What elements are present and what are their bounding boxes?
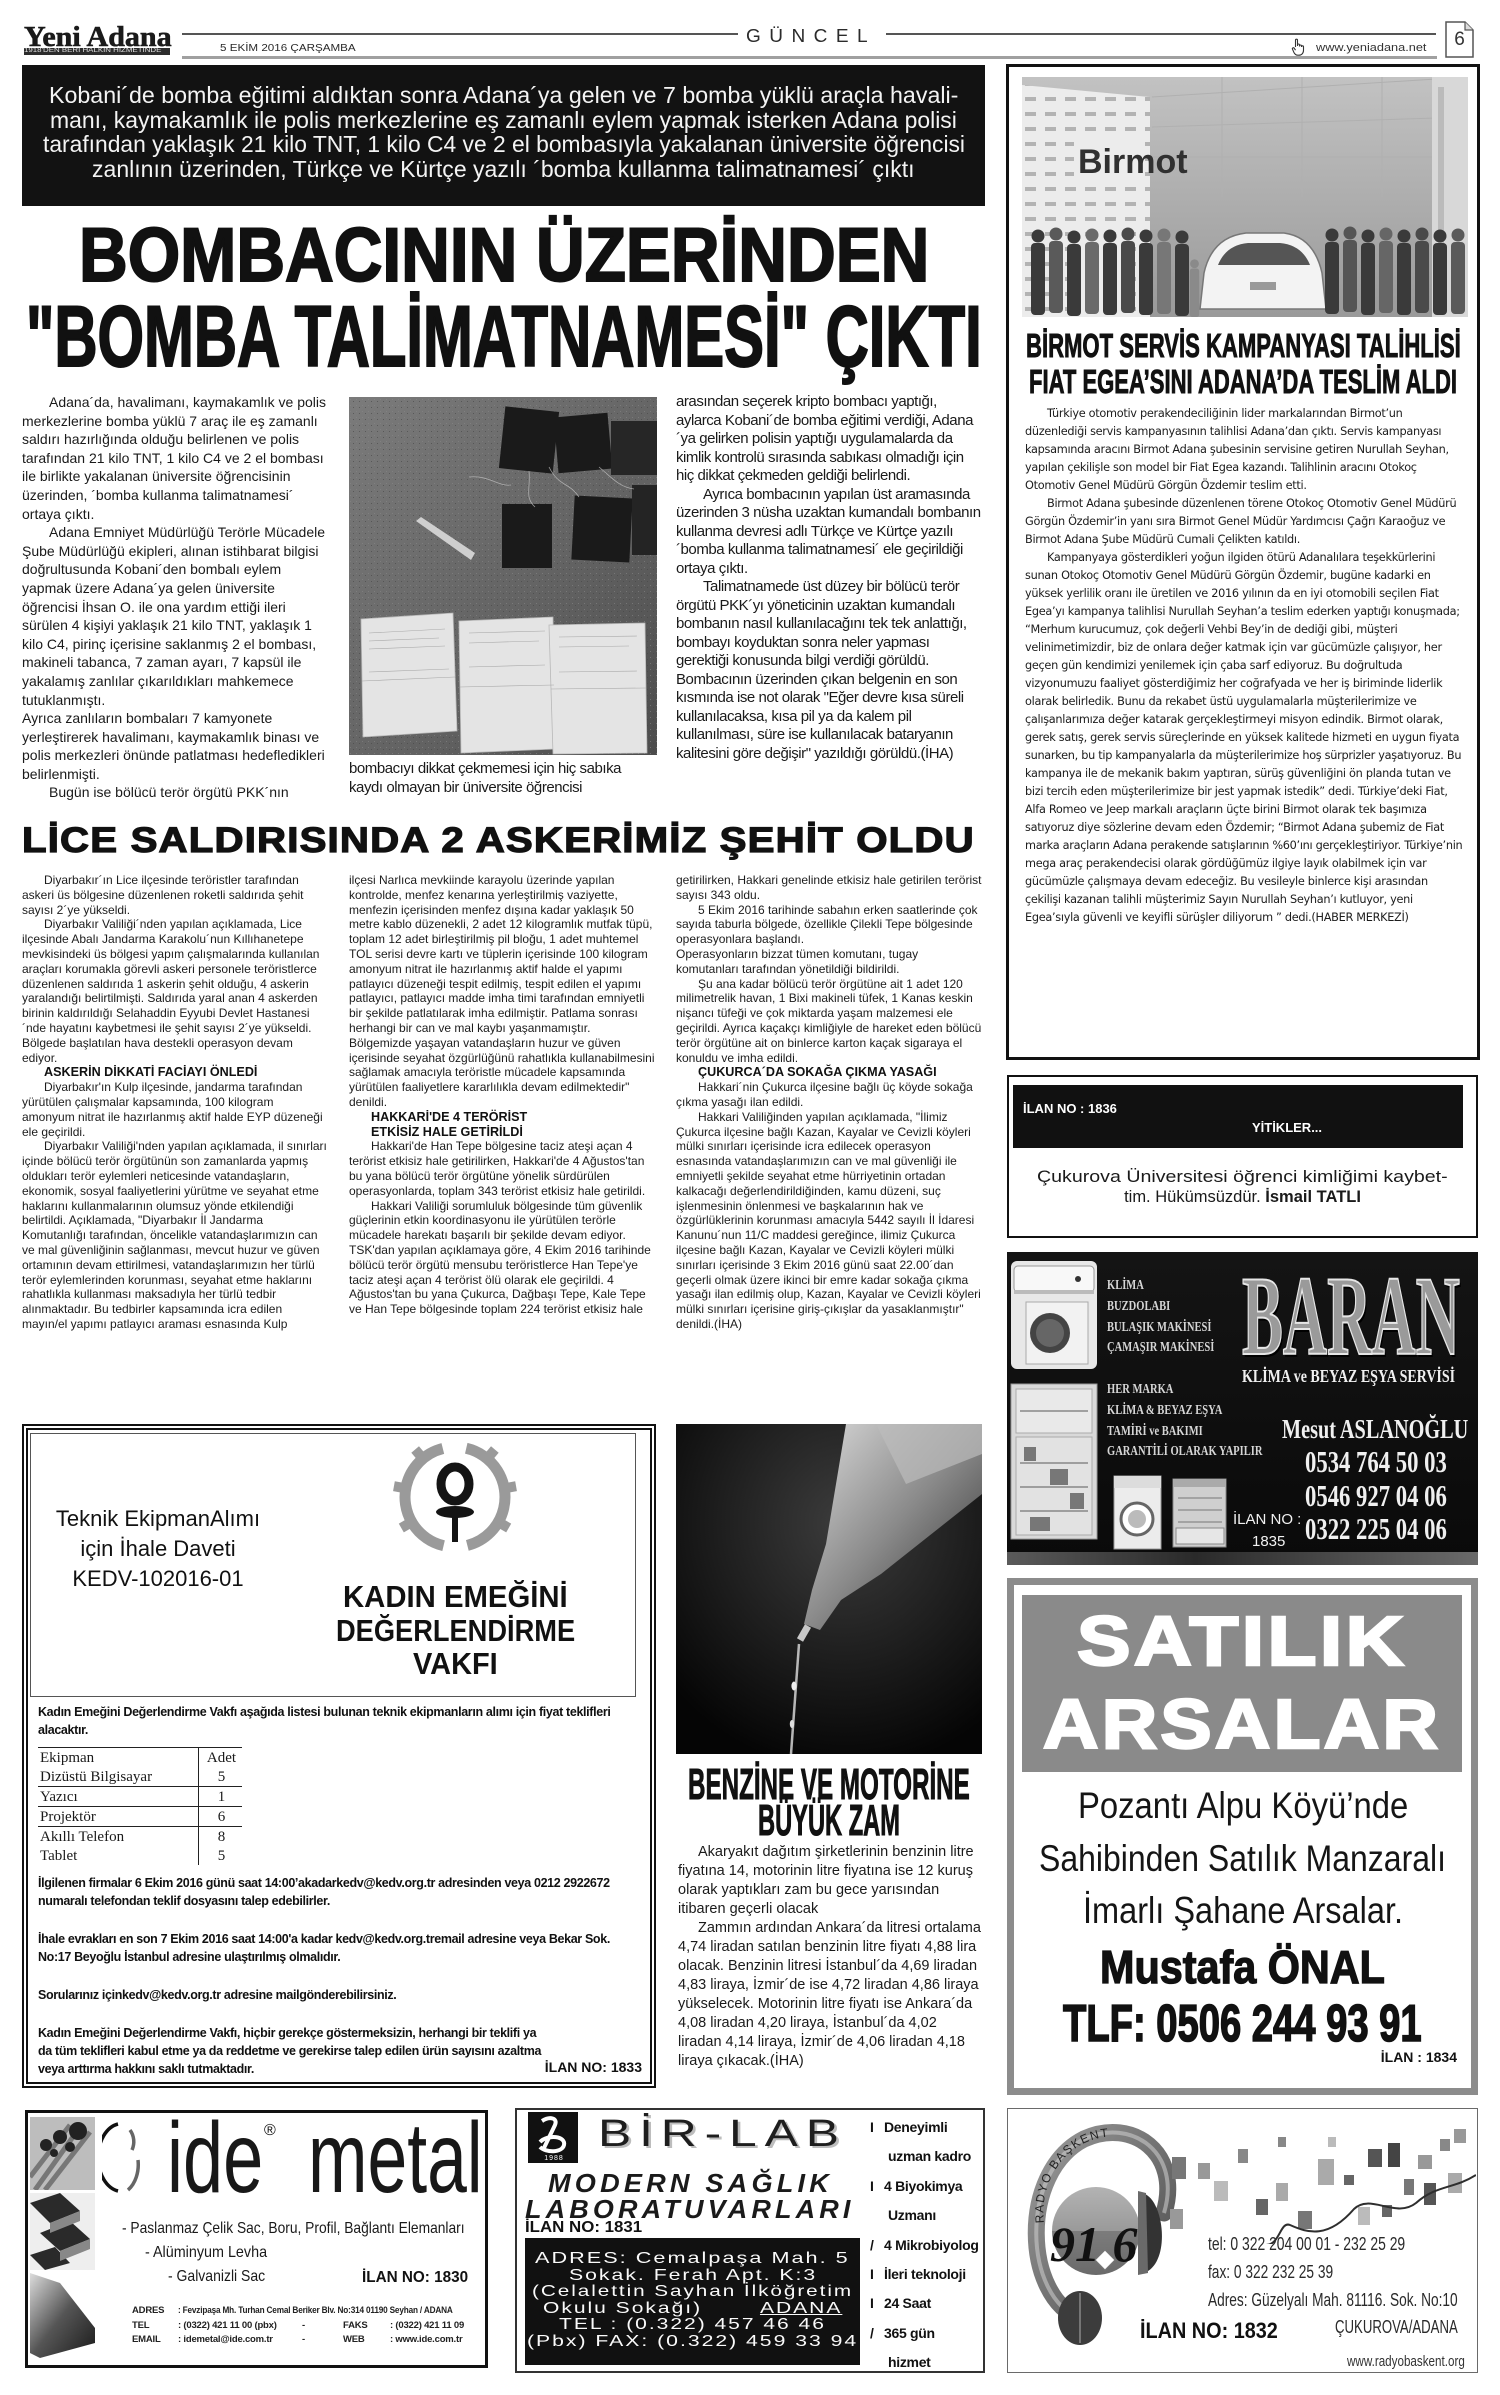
ad-number: İLAN NO: 1831 [525,2220,636,2236]
feature-bullet: I [870,2260,884,2289]
article-paragraph: Akaryakıt dağıtım şirketlerinin benzinin… [678,1843,982,1919]
radio-city: ÇUKUROVA/ADANA [1335,2318,1500,2336]
registered-trademark-icon: ® [264,2123,276,2139]
contact-label: ADRES [132,2306,164,2316]
dishwasher-image [1172,1478,1227,1548]
product-item: - Paslanmaz Çelik Sac, Boru, Profil, Bağ… [122,2221,520,2237]
radio-website: www.radyobaskent.org [1347,2354,1499,2369]
kedv-organization-name: KADIN EMEĞİNİ DEĞERLENDİRME VAKFI [321,1580,589,1681]
table-row: Tablet 5 [38,1846,242,1865]
service-item: ÇAMAŞIR MAKİNESİ [1107,1337,1214,1358]
address-box: ADRES: Cemalpaşa Mah. 5 Sokak. Ferah Apt… [525,2238,860,2365]
kedv-header-box: Teknik EkipmanAlımı için İhale Daveti KE… [30,1433,636,1697]
story-deck-box: Kobani´de bomba eğitimi aldıktan sonra A… [22,65,985,206]
birlab-laboratory-ad: 1988 BİR-LAB MODERN SAĞLIK LABORATUVARLA… [515,2108,985,2373]
for-sale-title-line-1: SATILIK [1022,1606,1462,1676]
birmot-headline-line-2: FIAT EGEA’SINI ADANA’DA TESLİM ALDI [1009,365,1477,398]
contact-fax: : (0322) 421 11 09 [390,2321,464,2331]
feature-bullet: I [870,2113,884,2142]
notice-text-line-2: tim. Hükümsüzdür. İsmail TATLI [1009,1187,1476,1207]
page-number-badge: 6 [1445,21,1474,58]
ad-number: 1835 [1252,1534,1285,1549]
listing-text: Pozantı Alpu Köyü’nde [1078,1787,1408,1824]
article-paragraph: Adana´da, havalimanı, kaymakamlık ve pol… [22,393,328,523]
article-paragraph: Ayrıca bombacının yapılan üst aramasında… [676,486,982,579]
contact-address: : Fevzipaşa Mh. Turhan Cemal Beriker Blv… [178,2306,453,2316]
feature-item: Iİleri teknoloji [870,2260,979,2289]
tender-reference: KEDV-102016-01 [31,1564,285,1594]
tender-paragraph: İlgilenen firmalar 6 Ekim 2016 günü saat… [38,1874,646,1910]
equipment-name: Akıllı Telefon [38,1827,199,1847]
station-frequency: 91.6 [1050,2216,1138,2272]
feature-text: 4 Biyokimya [884,2178,962,2194]
tender-paragraph: Sorularınız içinkedv@kedv.org.tr adresin… [38,1986,646,2004]
article-paragraph: Kampanyaya gösterdikleri yoğun ilgiden ö… [1025,549,1463,927]
radio-address: Adres: Güzelyalı Mah. 81116. Sok. No:10 [1208,2291,1500,2309]
lice-story: LİCE SALDIRISINDA 2 ASKERİMİZ ŞEHİT OLDU… [0,820,1000,1420]
fax-line: (Pbx) FAX: (0.322) 459 33 94 [527,2334,858,2351]
article-paragraph: Adana Emniyet Müdürlüğü Terörle Mücadele… [22,523,328,709]
article-paragraph: Diyarbakır'ın Kulp ilçesinde, jandarma t… [22,1080,328,1139]
services-list-2: HER MARKA KLİMA & BEYAZ EŞYA TAMİRİ ve B… [1107,1379,1262,1462]
tender-paragraph: İhale evrakları en son 7 Ekim 2016 saat … [38,1930,646,1966]
washing-machine-image [1113,1475,1162,1550]
tender-intro: Kadın Emeğini Değerlendirme Vakfı aşağıd… [38,1703,646,1739]
address-line: Sokak. Ferah Apt. K:3 [569,2268,817,2285]
header-rule-right [886,33,1436,35]
article-paragraph: ilçesi Narlıca mevkiinde karayolu üzerin… [349,873,655,1110]
website-text: www.yeniadana.net [1316,43,1426,54]
service-item: HER MARKA [1107,1379,1262,1400]
radio-headphones-logo-icon: RADYO BAŞKENT 91.6 [1014,2113,1179,2348]
for-sale-header: SATILIK ARSALAR [1022,1595,1462,1772]
main-story-column-1: Adana´da, havalimanı, kaymakamlık ve pol… [22,393,328,802]
fuel-nozzle-photo [676,1424,982,1754]
org-name-line: DEĞERLENDİRME [336,1614,575,1648]
explosives-photo [349,397,657,755]
steel-pipes-image [30,2117,95,2190]
air-conditioner-image [1010,1260,1098,1370]
birmot-banner-text: Birmot [1078,143,1188,181]
address-line: (Celalettin Sayhan İlköğretim [532,2284,853,2301]
birmot-ceremony-photo: Birmot [1022,77,1468,317]
headline-text: BİRMOT SERVİS KAMPANYASI TALİHLİSİ [1026,329,1461,362]
lice-column-3: getirilirken, Hakkari genelinde etkisiz … [676,873,982,1332]
lice-column-1: Diyarbakır´ın Lice ilçesinde teröristler… [22,873,328,1332]
feature-bullet: / [870,2319,884,2348]
kedv-logo-icon [390,1442,520,1562]
issue-date: 5 EKİM 2016 ÇARŞAMBA [220,44,337,54]
contact-separator: - [302,2335,305,2345]
listing-text: İmarlı Şahane Arsalar. [1083,1892,1403,1929]
org-name-line: KADIN EMEĞİNİ [343,1580,568,1614]
feature-item: I4 Biyokimya [870,2172,979,2201]
feature-bullet: I [870,2289,884,2318]
table-row: Akıllı Telefon 8 [38,1827,242,1847]
masthead: Yeni Adana 1918'DEN BERİ HALKIN HİZMETİN… [0,0,1500,62]
headline-text: BÜYÜK ZAM [758,1799,900,1843]
services-list-1: KLİMA BUZDOLABI BULAŞIK MAKİNESİ ÇAMAŞIR… [1107,1275,1214,1358]
feature-text: uzman kadro [870,2142,979,2171]
notice-header-bar: İLAN NO : 1836 YİTİKLER... [1013,1085,1463,1148]
kedv-tender-ad: Teknik EkipmanAlımı için İhale Daveti KE… [22,1424,656,2088]
story-deck: Kobani´de bomba eğitimi aldıktan sonra A… [22,83,985,181]
square-tubes-image [30,2193,95,2270]
ad-number-text: İLAN NO: 1832 [1140,2320,1278,2342]
logo-tagline: 1918'DEN BERİ HALKIN HİZMETİNDE [24,48,161,55]
feature-item: /365 gün [870,2319,979,2348]
article-paragraph: Talimatnamede üst düzey bir bölücü terör… [676,578,982,763]
article-paragraph: Diyarbakır´ın Lice ilçesinde teröristler… [22,873,328,917]
land-for-sale-ad: SATILIK ARSALAR Pozantı Alpu Köyü’nde Sa… [1007,1578,1478,2095]
equipment-name: Projektör [38,1807,199,1827]
address-line: ADRES: Cemalpaşa Mah. 5 [535,2251,850,2268]
listing-line: İmarlı Şahane Arsalar. [1014,1892,1471,1929]
main-headline-line-1: BOMBACININ ÜZERİNDEN [22,218,985,294]
article-paragraph: getirilirken, Hakkari genelinde etkisiz … [676,873,982,903]
article-paragraph: Ayrıca zanlıların bombaları 7 kamyonete … [22,709,328,783]
city-text: ÇUKUROVA/ADANA [1335,2318,1458,2336]
product-item-text: - Galvanizli Sac [168,2269,265,2285]
notice-text-line: Çukurova Üniversitesi öğrenci kimliğimi … [1037,1167,1448,1187]
product-item: - Galvanizli Sac [168,2269,279,2285]
equipment-name: Yazıcı [38,1787,199,1807]
article-paragraph: 5 Ekim 2016 tarihinde sabahın erken saat… [676,903,982,947]
service-item: KLİMA [1107,1275,1214,1296]
article-paragraph: Zammın ardından Ankara´da litresi ortala… [678,1919,982,2071]
ad-number: İLAN NO: 1832 [1140,2320,1293,2342]
article-paragraph: Hakkari Valiliği sorumluluk bölgesinde t… [349,1199,655,1317]
ide-logo-mark-icon [102,2120,145,2195]
fuel-article-body: Akaryakıt dağıtım şirketlerinin benzinin… [678,1843,982,2071]
tagline-text: KLİMA ve BEYAZ EŞYA SERVİSİ [1242,1367,1455,1385]
brand-name: BARAN [1242,1260,1460,1373]
contact-separator: - [302,2321,305,2331]
seller-name: Mustafa ÖNAL [1014,1944,1471,1990]
feature-bullet: I [870,2172,884,2201]
equipment-name: Tablet [38,1846,199,1865]
article-paragraph: arasından seçerek kripto bombacı yaptığı… [676,393,982,486]
table-row: Dizüstü Bilgisayar 5 [38,1767,242,1787]
header-bottom-rule [182,56,1437,59]
section-title: GÜNCEL [746,27,869,45]
article-paragraph: Hakkari'de Han Tepe bölgesine taciz ateş… [349,1139,655,1198]
article-subheading: ÇUKURCA´DA SOKAĞA ÇIKMA YASAĞI [676,1065,982,1080]
phone-text: tel: 0 322 204 00 01 - 232 25 29 [1208,2235,1405,2253]
refrigerator-image [1010,1383,1098,1540]
ad-bottom-strip [1007,1552,1478,1565]
baran-tagline: KLİMA ve BEYAZ EŞYA SERVİSİ [1242,1367,1500,1385]
feature-item: I24 Saat [870,2289,979,2318]
service-item: BULAŞIK MAKİNESİ [1107,1317,1214,1338]
header-rule-left [182,33,738,35]
birlab-subtitle-line-1: MODERN SAĞLIK [548,2170,821,2196]
feature-text: Uzmanı [870,2201,979,2230]
tender-title-line: Teknik EkipmanAlımı [31,1504,285,1534]
equipment-quantity: 5 [199,1846,243,1865]
equipment-quantity: 5 [199,1767,243,1787]
main-story-column-3: arasından seçerek kripto bombacı yaptığı… [676,393,982,763]
owner-name-text: Mesut ASLANOĞLU [1282,1416,1468,1443]
headline-text: FIAT EGEA’SINI ADANA’DA TESLİM ALDI [1029,365,1457,398]
deck-line: zanlının üzerinden, Türkçe ve Kürtçe yaz… [92,157,915,182]
listing-line: Pozantı Alpu Köyü’nde [1014,1787,1471,1824]
listing-text: Sahibinden Satılık Manzaralı [1039,1840,1446,1877]
service-item: KLİMA & BEYAZ EŞYA [1107,1400,1262,1421]
contact-phone: : (0322) 421 11 00 (pbx) [178,2321,277,2331]
service-item: TAMİRİ ve BAKIMI [1107,1421,1262,1442]
feature-text: hizmet [870,2348,979,2377]
service-item: GARANTİLİ OLARAK YAPILIR [1107,1441,1262,1462]
address-text: Adres: Güzelyalı Mah. 81116. Sok. No:10 [1208,2291,1458,2309]
column-header-equipment: Ekipman [38,1748,199,1768]
feature-text: 365 gün [884,2325,935,2341]
equipment-quantity: 6 [199,1807,243,1827]
kedv-tender-body: Kadın Emeğini Değerlendirme Vakfı aşağıd… [38,1703,646,2078]
contact-label: TEL [132,2321,149,2331]
address-city: ADANA [759,2300,841,2317]
article-paragraph: Diyarbakır Valiliği´nden yapılan açıklam… [22,917,328,1065]
phone-number: 0534 764 50 03 [1305,1445,1447,1479]
headline-text: BOMBACININ ÜZERİNDEN [79,218,929,294]
deck-line: manı, kaymakamlık ile polis merkezlerine… [50,108,957,133]
notice-owner-name: İsmail TATLI [1265,1188,1361,1206]
logo-tagline-bar: 1918'DEN BERİ HALKIN HİZMETİNDE [24,48,170,55]
equipment-quantity: 1 [199,1787,243,1807]
main-story: Kobani´de bomba eğitimi aldıktan sonra A… [0,60,1000,820]
article-paragraph: Türkiye otomotiv perakendeciliğinin lide… [1025,405,1463,495]
contact-label: EMAIL [132,2335,161,2345]
deck-line: Kobani´de bomba eğitimi aldıktan sonra A… [49,83,958,108]
equipment-quantity: 8 [199,1827,243,1847]
radio-fax: fax: 0 322 232 25 39 [1208,2263,1372,2281]
main-headline-line-2: "BOMBA TALİMATNAMESİ" ÇIKTI [22,294,985,380]
table-row: Projektör 6 [38,1807,242,1827]
deck-line: tarafından yaklaşık 21 kilo TNT, 1 kilo … [43,132,965,157]
ad-number-label: İLAN NO : [1233,1512,1301,1527]
article-paragraph: Hakkari´nin Çukurca ilçesine bağlı üç kö… [676,1080,982,1110]
phone-line: TEL : (0.322) 457 46 46 [559,2317,826,2334]
feature-list: IDeneyimli uzman kadro I4 Biyokimya Uzma… [870,2113,979,2378]
phone-number: 0546 927 04 06 [1305,1479,1447,1513]
column-header-quantity: Adet [199,1748,243,1768]
brand-name: metal [308,2108,483,2208]
brand-name: BİR-LAB [598,2115,847,2153]
article-paragraph: Hakkari Valiliğinden yapılan açıklamada,… [676,1110,982,1332]
tender-title: Teknik EkipmanAlımı için İhale Daveti KE… [31,1504,285,1594]
fuel-price-story: BENZİNE VE MOTORİNE BÜYÜK ZAM Akaryakıt … [676,1424,982,2100]
lost-item-notice: İLAN NO : 1836 YİTİKLER... Çukurova Üniv… [1007,1075,1478,1238]
fax-text: fax: 0 322 232 25 39 [1208,2263,1333,2281]
ad-number-text: İLAN NO: 1831 [525,2220,642,2236]
contact-label: WEB [343,2335,365,2345]
listing-line: Sahibinden Satılık Manzaralı [1014,1840,1471,1877]
feature-text: İleri teknoloji [884,2266,966,2282]
feature-bullet: / [870,2231,884,2260]
headline-text: "BOMBA TALİMATNAMESİ" ÇIKTI [26,294,982,380]
article-paragraph: Diyarbakır Valiliği'nden yapılan açıklam… [22,1139,328,1331]
ad-number: İLAN NO: 1830 [362,2270,473,2286]
article-paragraph: Bugün ise bölücü terör örgütü PKK´nın [22,783,328,802]
ide-metal-ad: ide ® metal - Paslanmaz Çelik Sac, Boru,… [25,2110,488,2368]
address-lines: ADRES: Cemalpaşa Mah. 5 Sokak. Ferah Apt… [525,2251,860,2350]
contact-label: FAKS [343,2321,368,2331]
address-line: Okulu Sokağı)ADANA [543,2301,842,2318]
lice-headline: LİCE SALDIRISINDA 2 ASKERİMİZ ŞEHİT OLDU [22,823,851,858]
page-number: 6 [1445,23,1474,57]
section-label: GÜNCEL [746,27,876,45]
feature-item: IDeneyimli [870,2113,979,2142]
for-sale-title-line-2: ARSALAR [1022,1689,1462,1759]
owner-name: Mesut ASLANOĞLU [1282,1416,1500,1443]
phone-list: 0534 764 50 03 0546 927 04 06 0322 225 0… [1305,1445,1499,1546]
product-item-text: - Alüminyum Levha [145,2245,267,2261]
article-subheading: HAKKARİ'DE 4 TERÖRİST [349,1110,655,1125]
birmot-article-body: Türkiye otomotiv perakendeciliğinin lide… [1025,405,1463,927]
ad-number: İLAN NO : 1836 [1023,1102,1117,1115]
phone-number: 0322 225 04 06 [1305,1512,1447,1546]
baran-appliance-service-ad: KLİMA BUZDOLABI BULAŞIK MAKİNESİ ÇAMAŞIR… [1007,1252,1478,1565]
contact-email: : idemetal@ide.com.tr [178,2335,273,2345]
notice-title: YİTİKLER... [1013,1121,1500,1134]
seller-phone: TLF: 0506 244 93 91 [1014,1998,1471,2050]
article-paragraph: bombacıyı dikkat çekmemesi için hiç sabı… [349,760,657,797]
tender-title-line: için İhale Daveti [31,1534,285,1564]
contact-website: : www.ide.com.tr [390,2335,462,2345]
website-link: www.yeniadana.net [1316,43,1411,54]
feature-text: 24 Saat [884,2295,931,2311]
article-paragraph: Birmot Adana şubesinde düzenlenen törene… [1025,495,1463,549]
article-subheading: ASKERİN DİKKATİ FACİAYI ÖNLEDİ [22,1065,328,1080]
table-row: Yazıcı 1 [38,1787,242,1807]
seller-phone-text: TLF: 0506 244 93 91 [1063,1998,1422,2050]
ad-number: İLAN : 1834 [1381,2049,1457,2065]
subtitle-text: MODERN SAĞLIK [548,2170,833,2196]
hand-pointer-icon [1291,38,1306,56]
headline-text: LİCE SALDIRISINDA 2 ASKERİMİZ ŞEHİT OLDU [22,823,975,858]
lice-column-2: ilçesi Narlıca mevkiinde karayolu üzerin… [349,873,655,1317]
table-header-row: Ekipman Adet [38,1748,242,1768]
issue-date-text: 5 EKİM 2016 ÇARŞAMBA [220,44,356,54]
article-subheading: ETKİSİZ HALE GETİRİLDİ [349,1125,655,1140]
photo-continuation-text: bombacıyı dikkat çekmemesi için hiç sabı… [349,760,657,797]
birmot-headline-line-1: BİRMOT SERVİS KAMPANYASI TALİHLİSİ [1009,329,1477,362]
birlab-brand: BİR-LAB [598,2115,788,2153]
article-paragraph: Operasyonların bizzat tümen komutanı, tu… [676,947,982,977]
radio-station-ad: RADYO BAŞKENT 91.6 [1007,2108,1478,2373]
fuel-headline-line-2: BÜYÜK ZAM [676,1799,982,1843]
seller-name-text: Mustafa ÖNAL [1100,1944,1385,1990]
contact-info: ADRES : Fevzipaşa Mh. Turhan Cemal Berik… [28,2306,485,2351]
ad-number: İLAN NO: 1833 [545,2059,642,2075]
equipment-table: Ekipman Adet Dizüstü Bilgisayar 5 Yazıcı… [38,1747,242,1865]
notice-text-fragment: tim. Hükümsüzdür. [1124,1188,1261,1206]
logo-year: 1988 [544,2155,564,2162]
birmot-story: Birmot [1006,64,1480,1060]
decorative-squares-graphic [1158,2109,1476,2244]
notice-text: Çukurova Üniversitesi öğrenci kimliğimi … [1009,1167,1476,1207]
equipment-name: Dizüstü Bilgisayar [38,1767,199,1787]
service-item: BUZDOLABI [1107,1296,1214,1317]
ide-brand: ide [167,2108,300,2208]
ad-number-text: İLAN NO: 1830 [362,2270,468,2286]
feature-item: /4 Mikrobiyolog [870,2231,979,2260]
newspaper-page: Yeni Adana 1918'DEN BERİ HALKIN HİZMETİN… [0,0,1500,2395]
org-name-line: VAKFI [413,1647,498,1681]
for-sale-title: SATILIK [1077,1606,1407,1676]
radio-phone: tel: 0 322 204 00 01 - 232 25 29 [1208,2235,1463,2253]
birlab-logo-icon: 1988 [528,2112,578,2163]
product-item-text: - Paslanmaz Çelik Sac, Boru, Profil, Bağ… [122,2221,465,2237]
product-item: - Alüminyum Levha [145,2245,281,2261]
baran-brand: BARAN [1242,1260,1500,1373]
for-sale-title: ARSALAR [1043,1689,1441,1759]
brand-name: ide [167,2108,263,2208]
feature-text: Deneyimli [884,2119,947,2135]
website-text: www.radyobaskent.org [1347,2354,1465,2369]
feature-text: 4 Mikrobiyolog [884,2237,979,2253]
address-street: Okulu Sokağı) [543,2300,702,2317]
article-paragraph: Şu ana kadar bölücü terör örgütüne ait 1… [676,977,982,1066]
